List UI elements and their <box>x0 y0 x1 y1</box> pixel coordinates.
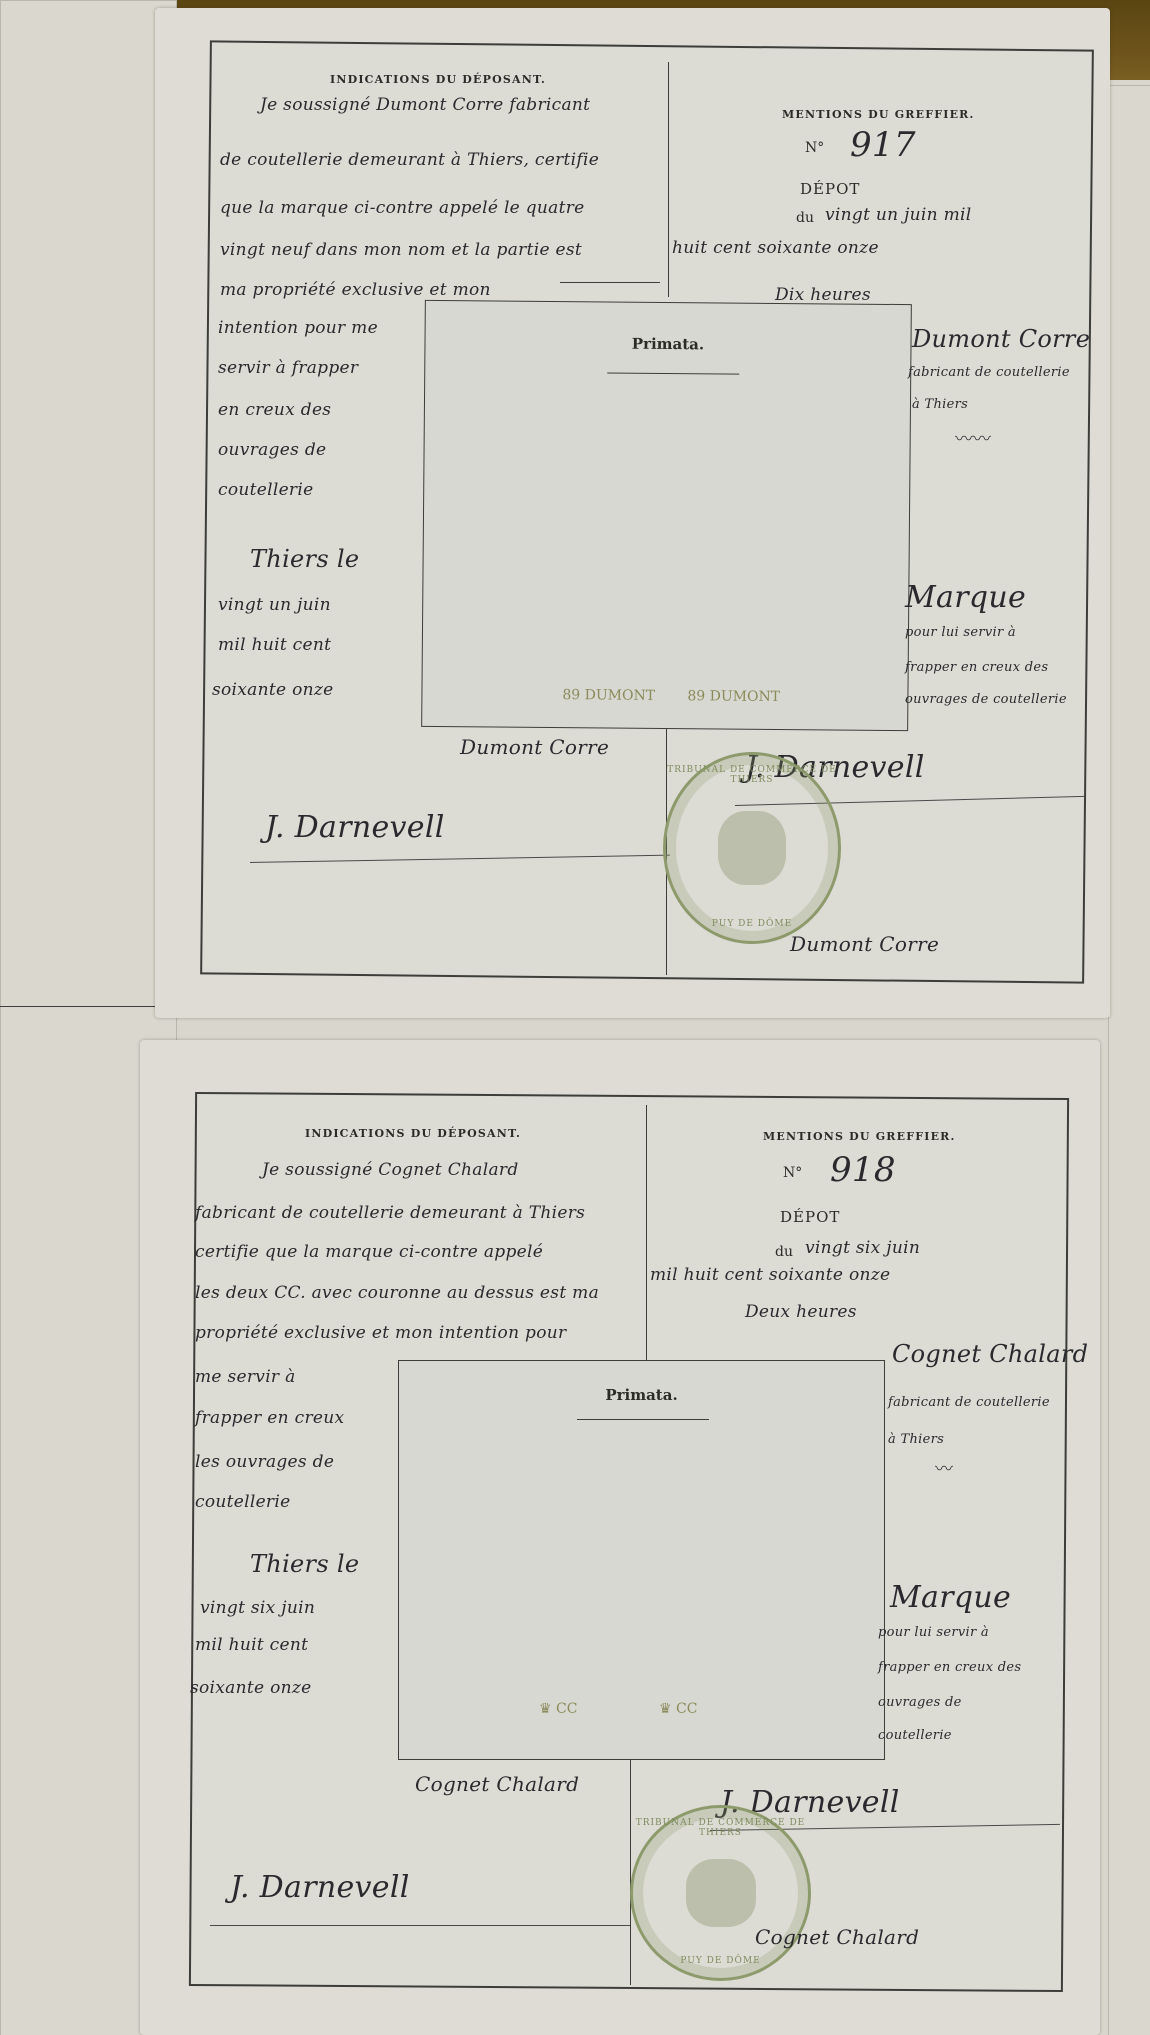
marque-line: frapper en creux des <box>878 1660 1021 1675</box>
place-date-line: soixante onze <box>190 1678 311 1698</box>
declaration-line: de coutellerie demeurant à Thiers, certi… <box>220 150 599 170</box>
place-date-line: mil huit cent <box>218 635 331 655</box>
declaration-line: les deux CC. avec couronne au dessus est… <box>195 1283 599 1303</box>
declaration-underline <box>560 282 660 283</box>
deposit-number: 918 <box>830 1150 896 1190</box>
clerk-signature: J. Darnevell <box>230 1870 410 1905</box>
marque-line: frapper en creux des <box>905 660 1048 675</box>
depositor-signature: Dumont Corre <box>460 735 609 759</box>
seal-bottom-text: PUY DE DÔME <box>666 919 838 929</box>
place-date-line: Thiers le <box>250 1550 359 1578</box>
clerk-section-header: MENTIONS DU GREFFIER. <box>763 1130 956 1143</box>
bottom-signature: Cognet Chalard <box>755 1925 919 1949</box>
declaration-line: certifie que la marque ci-contre appelé <box>195 1242 543 1262</box>
depot-date-line-2: mil huit cent soixante onze <box>650 1265 890 1285</box>
primata-title: Primata. <box>425 333 910 355</box>
number-label: N° <box>783 1165 802 1181</box>
column-divider <box>646 1105 647 1360</box>
du-label: du <box>796 210 814 226</box>
declaration-line: me servir à <box>195 1367 296 1387</box>
column-divider <box>668 62 669 297</box>
seal-bottom-text: PUY DE DÔME <box>633 1956 808 1966</box>
court-seal-stamp: TRIBUNAL DE COMMERCE DE THIERS PUY DE DÔ… <box>630 1805 811 1981</box>
clerk-section-header: MENTIONS DU GREFFIER. <box>782 108 975 121</box>
clerk-signature: J. Darnevell <box>265 810 445 845</box>
right-margin-line: fabricant de coutellerie <box>908 365 1070 380</box>
depot-label: DÉPOT <box>780 1208 840 1226</box>
declaration-line: servir à frapper <box>218 358 358 378</box>
right-margin-line: à Thiers <box>912 397 968 412</box>
column-divider <box>630 1760 631 1985</box>
primata-mark-box: Primata. ♛ CC ♛ CC <box>398 1360 885 1760</box>
declaration-line: coutellerie <box>195 1492 290 1512</box>
mark-impression: 89 DUMONT <box>687 688 780 705</box>
bottom-signature: Dumont Corre <box>790 932 939 956</box>
primata-title-rule <box>607 372 739 374</box>
depot-date-line-1: vingt six juin <box>805 1238 920 1258</box>
marque-line: ouvrages de coutellerie <box>905 692 1067 707</box>
seal-emblem-icon <box>686 1859 756 1927</box>
seal-emblem-icon <box>718 811 787 885</box>
seal-top-text: TRIBUNAL DE COMMERCE DE THIERS <box>633 1818 808 1838</box>
declaration-line: fabricant de coutellerie demeurant à Thi… <box>195 1203 585 1223</box>
deposit-number: 917 <box>850 125 916 165</box>
declaration-line: en creux des <box>218 400 331 420</box>
underlying-page-rule <box>0 1006 155 1007</box>
declaration-line: que la marque ci-contre appelé le quatre <box>220 198 585 218</box>
marque-line: pour lui servir à <box>878 1625 989 1640</box>
primata-title-rule <box>577 1419 709 1420</box>
marque-line: pour lui servir à <box>905 625 1016 640</box>
depositor-signature: Cognet Chalard <box>415 1772 579 1796</box>
number-label: N° <box>805 140 824 156</box>
declaration-line: ma propriété exclusive et mon <box>220 280 491 300</box>
depot-hour: Deux heures <box>745 1302 857 1322</box>
depot-date-line-1: vingt un juin mil <box>825 205 972 225</box>
declaration-line: frapper en creux <box>195 1408 344 1428</box>
place-date-line: vingt six juin <box>200 1598 315 1618</box>
marque-line: coutellerie <box>878 1728 952 1743</box>
marque-title: Marque <box>905 580 1026 615</box>
declaration-line: Je soussigné Cognet Chalard <box>262 1160 519 1180</box>
place-date-line: soixante onze <box>212 680 333 700</box>
primata-title: Primata. <box>399 1386 884 1404</box>
right-margin-line: fabricant de coutellerie <box>888 1395 1050 1410</box>
court-seal-stamp: TRIBUNAL DE COMMERCE DE THIERS PUY DE DÔ… <box>663 752 841 944</box>
right-margin-line: à Thiers <box>888 1432 944 1447</box>
declaration-line: propriété exclusive et mon intention pou… <box>195 1323 566 1343</box>
clerk-signature-underline <box>210 1925 630 1926</box>
place-date-line: mil huit cent <box>195 1635 308 1655</box>
declaration-line: vingt neuf dans mon nom et la partie est <box>220 240 582 260</box>
marque-title: Marque <box>890 1580 1011 1615</box>
primata-mark-box: Primata. 89 DUMONT 89 DUMONT <box>421 300 912 731</box>
underlying-page-right <box>1108 85 1150 2035</box>
place-date-line: vingt un juin <box>218 595 331 615</box>
depot-date-line-2: huit cent soixante onze <box>672 238 879 258</box>
mark-impression: ♛ CC <box>539 1701 577 1717</box>
declaration-line: ouvrages de <box>218 440 326 460</box>
flourish-decoration: 〰〰 <box>955 425 991 451</box>
mark-impression: 89 DUMONT <box>562 687 655 704</box>
declaration-line: intention pour me <box>218 318 378 338</box>
flourish-decoration: 〰 <box>935 1455 953 1481</box>
mark-impression: ♛ CC <box>659 1701 697 1717</box>
depositor-section-header: INDICATIONS DU DÉPOSANT. <box>330 73 546 86</box>
declaration-line: les ouvrages de <box>195 1452 334 1472</box>
place-date-line: Thiers le <box>250 545 359 573</box>
declaration-line: coutellerie <box>218 480 313 500</box>
declaration-line: Je soussigné Dumont Corre fabricant <box>260 95 590 115</box>
depot-hour: Dix heures <box>775 285 871 305</box>
du-label: du <box>775 1244 793 1260</box>
marque-line: ouvrages de <box>878 1695 962 1710</box>
seal-top-text: TRIBUNAL DE COMMERCE DE THIERS <box>666 765 838 785</box>
depot-label: DÉPOT <box>800 180 860 198</box>
right-margin-name: Cognet Chalard <box>892 1340 1088 1368</box>
depositor-section-header: INDICATIONS DU DÉPOSANT. <box>305 1127 521 1140</box>
right-margin-name: Dumont Corre <box>912 325 1090 353</box>
